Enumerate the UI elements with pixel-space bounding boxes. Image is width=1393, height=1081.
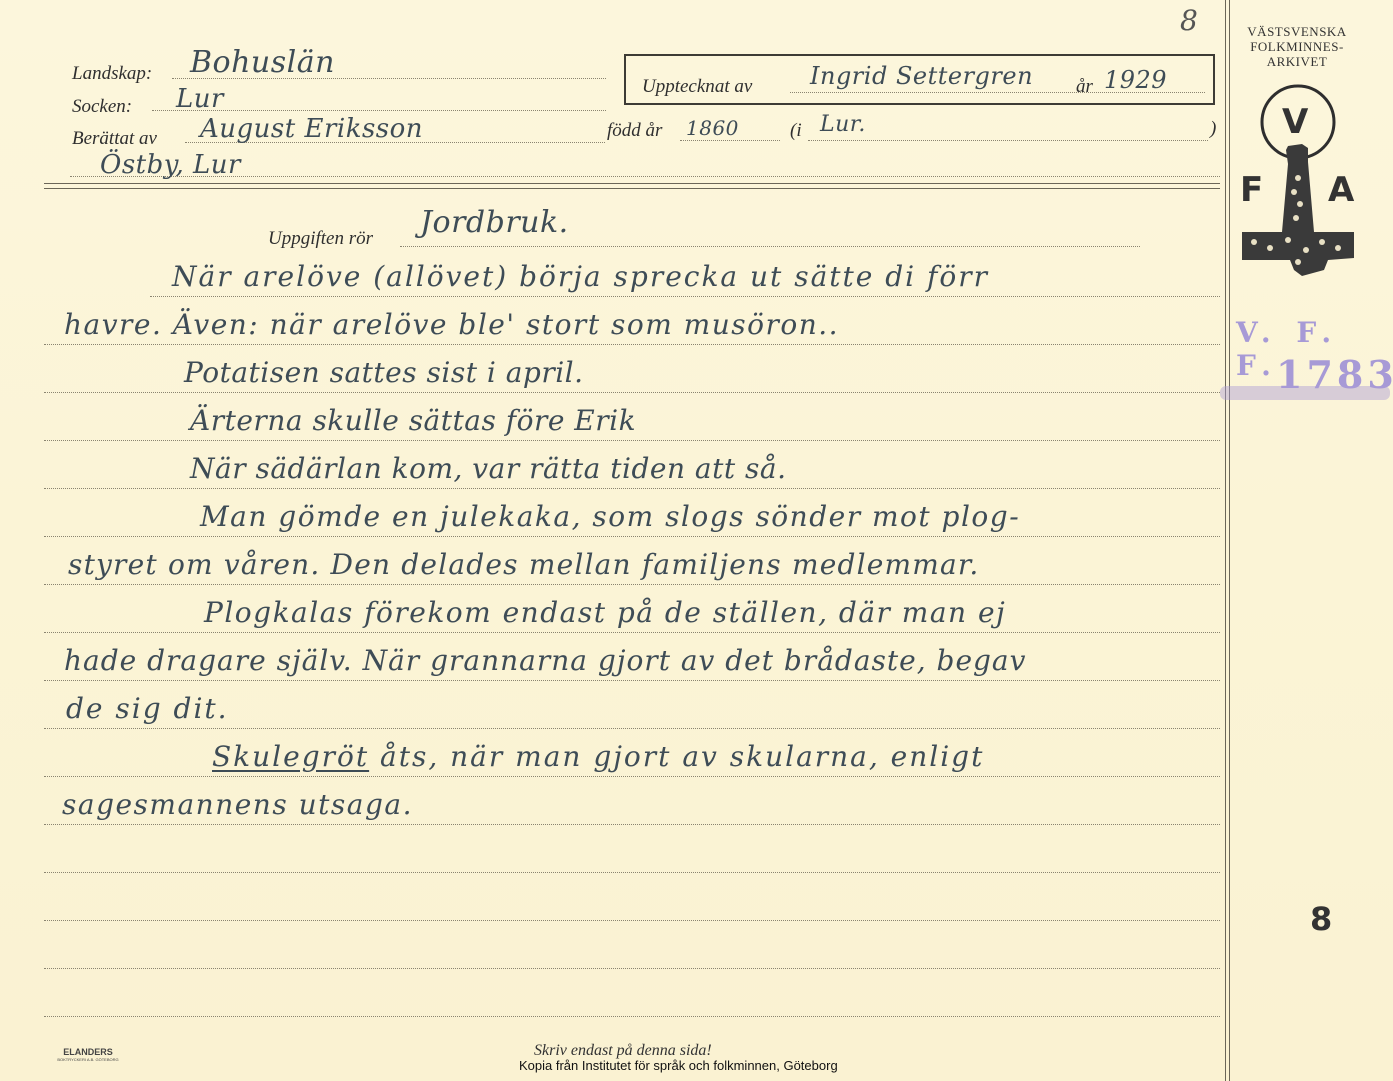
i-close-paren: ) xyxy=(1210,118,1216,140)
body-line-6: Man gömde en julekaka, som slogs sönder … xyxy=(200,500,1020,533)
logo-letter-f: F xyxy=(1240,170,1263,210)
body-line-4: Ärterna skulle sättas före Erik xyxy=(190,404,636,437)
berattat-place: Östby, Lur xyxy=(100,150,241,180)
archive-name-line1: VÄSTSVENSKA xyxy=(1232,24,1362,39)
body-line-9: hade dragare själv. När grannarna gjort … xyxy=(64,644,1026,677)
ruled-line xyxy=(44,488,1220,489)
archive-name: VÄSTSVENSKA FOLKMINNES- ARKIVET xyxy=(1232,24,1362,69)
uppteckn-value: Ingrid Settergren xyxy=(810,62,1033,90)
i-label: (i xyxy=(790,120,802,142)
body-line-12: sagesmannens utsaga. xyxy=(62,788,413,821)
printed-page-number: 8 xyxy=(1310,900,1332,938)
i-value: Lur. xyxy=(820,112,866,137)
ruled-line xyxy=(44,680,1220,681)
i-dotted-line xyxy=(808,140,1208,141)
body-line-2: havre. Även: när arelöve ble' stort som … xyxy=(64,308,839,341)
ruled-line xyxy=(44,872,1220,873)
copy-notice: Kopia från Institutet för språk och folk… xyxy=(519,1058,838,1073)
ruled-line xyxy=(44,824,1220,825)
fodd-value: 1860 xyxy=(686,116,739,140)
ar-value: 1929 xyxy=(1104,66,1167,94)
archive-name-line2: FOLKMINNES- xyxy=(1232,39,1362,54)
archive-stamp-smudge xyxy=(1220,386,1390,400)
ruled-line xyxy=(44,440,1220,441)
ruled-line xyxy=(44,920,1220,921)
ruled-line xyxy=(44,344,1220,345)
berattat-place-dotted-line xyxy=(70,176,1220,177)
body-line-3: Potatisen sattes sist i april. xyxy=(184,356,584,389)
printer-name: ELANDERS xyxy=(38,1047,138,1057)
uppteckn-label: Upptecknat av xyxy=(642,76,752,98)
underlined-term: Skulegröt xyxy=(212,740,369,773)
ruled-line xyxy=(44,1016,1220,1017)
ar-label: år xyxy=(1076,76,1093,98)
ruled-line xyxy=(44,392,1220,393)
body-line-7: styret om våren. Den delades mellan fami… xyxy=(68,548,980,581)
subject-label: Uppgiften rör xyxy=(268,228,373,250)
corner-page-number: 8 xyxy=(1180,4,1198,37)
body-line-5: När sädärlan kom, var rätta tiden att så… xyxy=(190,452,786,485)
berattat-label: Berättat av xyxy=(72,128,157,150)
ruled-line xyxy=(44,728,1220,729)
body-line-1: När arelöve (allövet) börja sprecka ut s… xyxy=(172,260,989,293)
vfa-hammer-logo-icon: V F A xyxy=(1236,82,1360,278)
header-divider xyxy=(44,183,1220,189)
ruled-line xyxy=(44,632,1220,633)
subject-value: Jordbruk. xyxy=(420,205,569,240)
body-line-11: Skulegröt åts, när man gjort av skularna… xyxy=(212,740,984,773)
ruled-line xyxy=(44,968,1220,969)
subject-dotted-line xyxy=(400,246,1140,247)
printer-mark: ELANDERS BOKTRYCKERI A.B. GÖTEBORG xyxy=(38,1047,138,1062)
ruled-line xyxy=(150,296,1220,297)
body-line-10: de sig dit. xyxy=(66,692,229,725)
body-line-8: Plogkalas förekom endast på de ställen, … xyxy=(204,596,1006,629)
ruled-line xyxy=(44,776,1220,777)
fodd-dotted-line xyxy=(680,140,780,141)
archive-name-line3: ARKIVET xyxy=(1232,54,1362,69)
column-divider xyxy=(1225,0,1230,1081)
ruled-line xyxy=(44,536,1220,537)
logo-letter-v: V xyxy=(1282,102,1308,142)
archive-card: 8 Landskap: Bohuslän Socken: Lur Berätta… xyxy=(0,0,1393,1081)
fodd-label: född år xyxy=(607,120,662,142)
landskap-value: Bohuslän xyxy=(190,45,335,80)
landskap-label: Landskap: xyxy=(72,63,152,85)
ruled-line xyxy=(44,584,1220,585)
logo-letter-a: A xyxy=(1328,170,1354,210)
socken-value: Lur xyxy=(176,84,224,114)
printer-sub: BOKTRYCKERI A.B. GÖTEBORG xyxy=(38,1057,138,1062)
socken-label: Socken: xyxy=(72,96,132,118)
berattat-value: August Eriksson xyxy=(200,114,423,144)
